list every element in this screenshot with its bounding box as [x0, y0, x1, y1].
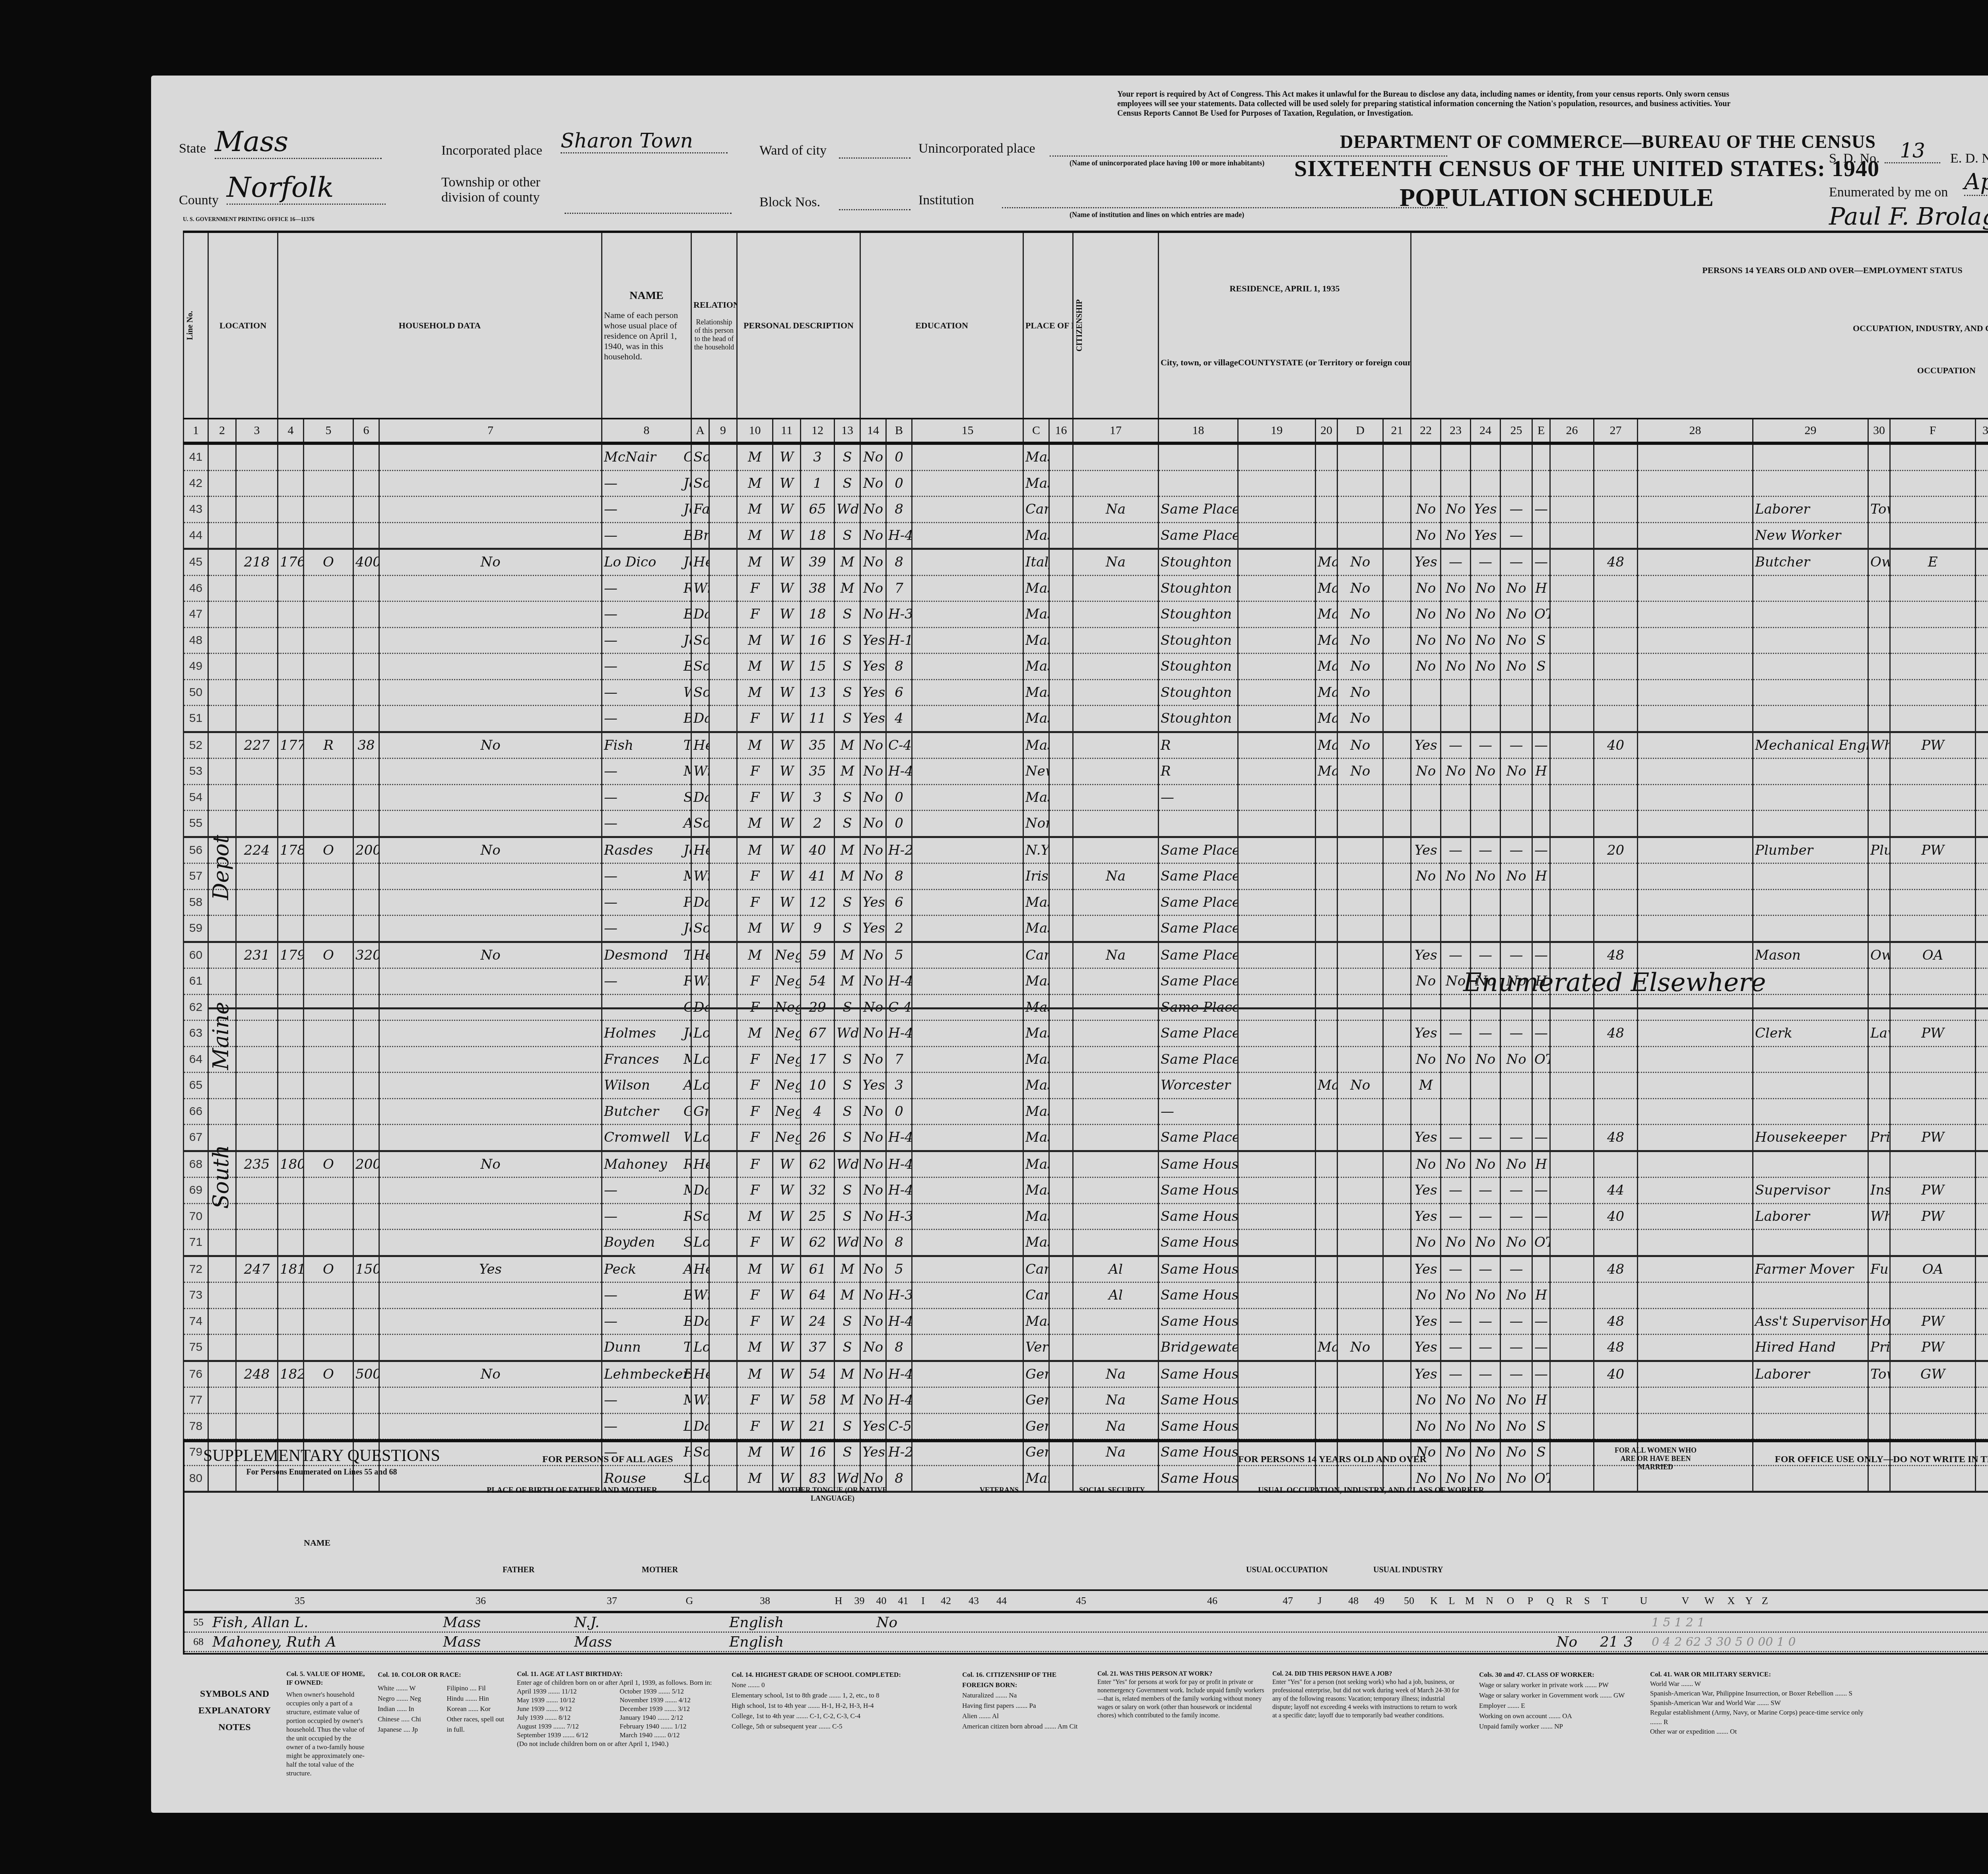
cell-hh[interactable] [278, 1073, 304, 1099]
cell-house[interactable]: 248 [236, 1361, 278, 1387]
cell-birthplace[interactable]: New Jersey [1023, 759, 1049, 785]
cell-activity[interactable]: — [1532, 497, 1550, 523]
cell-res-farm[interactable] [1338, 443, 1383, 470]
cell-occupation[interactable] [1753, 654, 1868, 680]
cell-industry[interactable] [1868, 654, 1890, 680]
cell-unemp[interactable] [1638, 732, 1753, 759]
cell-school[interactable]: No [860, 1178, 886, 1204]
cell-race[interactable]: W [773, 627, 801, 654]
cell-house[interactable] [236, 575, 278, 601]
cell-res-farm[interactable] [1338, 1256, 1383, 1282]
cell-grade[interactable]: H-4 [886, 1125, 912, 1151]
cell-school[interactable]: No [860, 1335, 886, 1361]
cell-res-city[interactable] [1159, 811, 1238, 837]
cell-value[interactable] [353, 889, 379, 916]
cell-res-farm[interactable]: No [1338, 1335, 1383, 1361]
cell-hh[interactable] [278, 1098, 304, 1125]
cell-value[interactable]: 2000 [353, 1151, 379, 1178]
cell-street[interactable] [208, 575, 236, 601]
cell-unemp[interactable] [1638, 679, 1753, 706]
cell-birthplace[interactable]: Mass [1023, 654, 1049, 680]
cell-job[interactable] [1501, 706, 1532, 732]
cell-res-county[interactable] [1238, 654, 1316, 680]
cell-occupation[interactable]: Laborer [1753, 1361, 1868, 1387]
cell-industry[interactable] [1868, 889, 1890, 916]
cell-occupation[interactable]: Laborer [1753, 1203, 1868, 1230]
cell-occupation[interactable]: Plumber [1753, 837, 1868, 863]
cell-res-city[interactable]: Same Place [1159, 916, 1238, 942]
cell-farm[interactable] [379, 759, 602, 785]
cell-at-work[interactable]: Yes [1411, 549, 1441, 576]
cell-res-county[interactable] [1238, 1203, 1316, 1230]
cell-industry[interactable]: Wholesale Roofing Eqp [1868, 732, 1890, 759]
cell-seeking[interactable] [1471, 706, 1501, 732]
cell-name[interactable]: DunnTimothy J [602, 1335, 691, 1361]
cell-birthplace[interactable]: Mass [1023, 627, 1049, 654]
cell-res-city[interactable]: Stoughton [1159, 627, 1238, 654]
cell-res-farm[interactable] [1338, 994, 1383, 1020]
cell-job[interactable]: — [1501, 522, 1532, 549]
cell-unemp[interactable] [1638, 994, 1753, 1020]
cell-activity[interactable] [1532, 1098, 1550, 1125]
cell-hh[interactable] [278, 470, 304, 497]
cell-industry[interactable] [1868, 1073, 1890, 1099]
cell-class[interactable] [1890, 811, 1976, 837]
cell-res-county[interactable] [1238, 1178, 1316, 1204]
cell-activity[interactable] [1532, 1073, 1550, 1099]
cell-unemp[interactable] [1638, 1335, 1753, 1361]
cell-hh[interactable] [278, 863, 304, 890]
cell-res-city[interactable]: Same Place [1159, 889, 1238, 916]
cell-res-city[interactable]: — [1159, 784, 1238, 811]
cell-farm[interactable] [379, 627, 602, 654]
cell-school[interactable]: No [860, 968, 886, 995]
cell-hours[interactable]: 44 [1594, 1178, 1638, 1204]
cell-birthplace[interactable]: Mass [1023, 1178, 1049, 1204]
cell-birthplace[interactable]: Mass [1023, 968, 1049, 995]
cell-class[interactable] [1890, 1046, 1976, 1073]
cell-race[interactable]: W [773, 601, 801, 628]
cell-seeking[interactable]: No [1471, 1151, 1501, 1178]
cell-job[interactable]: — [1501, 942, 1532, 968]
cell-name[interactable]: —Robert H [602, 1203, 691, 1230]
cell-farm[interactable] [379, 1098, 602, 1125]
cell-farm[interactable] [379, 889, 602, 916]
cell-sex[interactable]: M [737, 1020, 773, 1047]
cell-sex[interactable]: F [737, 889, 773, 916]
cell-seeking[interactable]: No [1471, 601, 1501, 628]
cell-value[interactable] [353, 1073, 379, 1099]
cell-birthplace[interactable]: Germany [1023, 1413, 1049, 1439]
cell-own[interactable] [304, 889, 353, 916]
cell-hours[interactable] [1594, 443, 1638, 470]
cell-school[interactable]: No [860, 470, 886, 497]
cell-unemp[interactable] [1638, 916, 1753, 942]
cell-farm[interactable] [379, 1178, 602, 1204]
cell-relation[interactable]: Son [691, 916, 709, 942]
cell-at-work[interactable]: Yes [1411, 1203, 1441, 1230]
cell-relation[interactable]: Head [691, 1151, 709, 1178]
cell-emerg[interactable]: No [1441, 1046, 1471, 1073]
cell-relation[interactable]: Daughter [691, 889, 709, 916]
cell-res-state[interactable] [1316, 1203, 1338, 1230]
supp-cell-name[interactable]: Mahoney, Ruth A [212, 1634, 443, 1650]
cell-farm[interactable] [379, 1282, 602, 1309]
cell-age[interactable]: 18 [801, 601, 835, 628]
cell-house[interactable] [236, 968, 278, 995]
cell-job[interactable]: — [1501, 1335, 1532, 1361]
cell-industry[interactable]: Own Retail business [1868, 549, 1890, 576]
cell-at-work[interactable]: No [1411, 1151, 1441, 1178]
cell-res-farm[interactable] [1338, 1413, 1383, 1439]
cell-own[interactable] [304, 1178, 353, 1204]
cell-hh[interactable] [278, 497, 304, 523]
cell-house[interactable] [236, 1046, 278, 1073]
cell-birthplace[interactable]: Mass [1023, 443, 1049, 470]
cell-res-state[interactable] [1316, 1125, 1338, 1151]
cell-house[interactable] [236, 916, 278, 942]
cell-farm[interactable] [379, 863, 602, 890]
cell-res-state[interactable] [1316, 497, 1338, 523]
cell-name[interactable]: —Elaine S [602, 601, 691, 628]
cell-age[interactable]: 25 [801, 1203, 835, 1230]
cell-relation[interactable]: Wife [691, 575, 709, 601]
cell-emerg[interactable]: — [1441, 1203, 1471, 1230]
cell-res-county[interactable] [1238, 1125, 1316, 1151]
cell-at-work[interactable] [1411, 994, 1441, 1020]
cell-age[interactable]: 4 [801, 1098, 835, 1125]
cell-class[interactable] [1890, 916, 1976, 942]
cell-hh[interactable] [278, 443, 304, 470]
cell-res-state[interactable] [1316, 837, 1338, 863]
cell-school[interactable]: No [860, 1046, 886, 1073]
cell-res-state[interactable] [1316, 1282, 1338, 1309]
cell-farm[interactable] [379, 1020, 602, 1047]
cell-seeking[interactable] [1471, 1098, 1501, 1125]
cell-relation[interactable]: Son [691, 627, 709, 654]
cell-res-city[interactable]: Same House [1159, 1256, 1238, 1282]
cell-name[interactable]: ButcherGrace W [602, 1098, 691, 1125]
cell-res-city[interactable]: Same House [1159, 1282, 1238, 1309]
enumerated-date[interactable]: April 22 [1964, 169, 1988, 196]
cell-industry[interactable] [1868, 706, 1890, 732]
cell-grade[interactable]: C-4 [886, 994, 912, 1020]
cell-school[interactable]: No [860, 942, 886, 968]
cell-unemp[interactable] [1638, 837, 1753, 863]
cell-own[interactable] [304, 1308, 353, 1335]
cell-farm[interactable] [379, 811, 602, 837]
cell-unemp[interactable] [1638, 1230, 1753, 1256]
cell-occupation[interactable]: Butcher [1753, 549, 1868, 576]
cell-class[interactable] [1890, 863, 1976, 890]
cell-relation[interactable]: Father [691, 497, 709, 523]
cell-birthplace[interactable]: Canada-English [1023, 497, 1049, 523]
cell-emerg[interactable] [1441, 784, 1471, 811]
cell-value[interactable] [353, 1335, 379, 1361]
cell-race[interactable]: W [773, 1203, 801, 1230]
cell-industry[interactable] [1868, 443, 1890, 470]
cell-seeking[interactable]: — [1471, 1020, 1501, 1047]
cell-marital[interactable]: Wd [835, 1230, 860, 1256]
cell-res-farm[interactable] [1338, 1387, 1383, 1414]
cell-res-state[interactable]: Mass [1316, 627, 1338, 654]
cell-street[interactable] [208, 497, 236, 523]
cell-house[interactable] [236, 994, 278, 1020]
cell-birthplace[interactable]: Canada-English [1023, 942, 1049, 968]
cell-hh[interactable] [278, 522, 304, 549]
cell-sex[interactable]: M [737, 837, 773, 863]
cell-house[interactable] [236, 1073, 278, 1099]
cell-race[interactable]: Neg [773, 1046, 801, 1073]
cell-race[interactable]: W [773, 1413, 801, 1439]
cell-relation[interactable]: Daughter [691, 1178, 709, 1204]
cell-street[interactable] [208, 1413, 236, 1439]
cell-relation[interactable]: Wife [691, 759, 709, 785]
cell-name[interactable]: HolmesJoseph G. [602, 1020, 691, 1047]
cell-relation[interactable]: Wife [691, 863, 709, 890]
cell-industry[interactable] [1868, 994, 1890, 1020]
cell-cit[interactable] [1073, 1073, 1159, 1099]
cell-value[interactable] [353, 1413, 379, 1439]
cell-sex[interactable]: F [737, 1151, 773, 1178]
cell-job[interactable]: No [1501, 1387, 1532, 1414]
cell-res-farm[interactable]: No [1338, 601, 1383, 628]
cell-industry[interactable] [1868, 1387, 1890, 1414]
cell-age[interactable]: 35 [801, 759, 835, 785]
cell-occupation[interactable] [1753, 784, 1868, 811]
cell-value[interactable] [353, 994, 379, 1020]
cell-emerg[interactable]: — [1441, 1256, 1471, 1282]
cell-age[interactable]: 15 [801, 654, 835, 680]
cell-hh[interactable] [278, 1230, 304, 1256]
cell-res-state[interactable] [1316, 889, 1338, 916]
cell-hh[interactable]: 181 [278, 1256, 304, 1282]
cell-hours[interactable] [1594, 863, 1638, 890]
cell-res-county[interactable] [1238, 916, 1316, 942]
cell-value[interactable]: 2000 [353, 837, 379, 863]
cell-birthplace[interactable]: Mass [1023, 1020, 1049, 1047]
cell-class[interactable]: PW [1890, 1178, 1976, 1204]
cell-relation[interactable]: Son [691, 470, 709, 497]
cell-unemp[interactable] [1638, 1361, 1753, 1387]
cell-cit[interactable] [1073, 522, 1159, 549]
cell-marital[interactable]: S [835, 601, 860, 628]
cell-cit[interactable] [1073, 1098, 1159, 1125]
cell-at-work[interactable]: No [1411, 968, 1441, 995]
cell-own[interactable] [304, 1203, 353, 1230]
cell-value[interactable] [353, 1387, 379, 1414]
cell-birthplace[interactable]: Mass [1023, 916, 1049, 942]
cell-marital[interactable]: S [835, 443, 860, 470]
cell-hh[interactable]: 176 [278, 549, 304, 576]
cell-at-work[interactable]: No [1411, 1230, 1441, 1256]
cell-school[interactable]: No [860, 732, 886, 759]
cell-farm[interactable] [379, 1413, 602, 1439]
cell-hours[interactable] [1594, 679, 1638, 706]
cell-house[interactable] [236, 679, 278, 706]
cell-marital[interactable]: S [835, 654, 860, 680]
cell-res-farm[interactable]: No [1338, 549, 1383, 576]
cell-unemp[interactable] [1638, 706, 1753, 732]
cell-emerg[interactable]: — [1441, 1308, 1471, 1335]
cell-sex[interactable]: M [737, 1203, 773, 1230]
cell-relation[interactable]: Son [691, 811, 709, 837]
cell-res-city[interactable]: Same House [1159, 1413, 1238, 1439]
cell-hours[interactable]: 48 [1594, 942, 1638, 968]
cell-res-state[interactable] [1316, 1098, 1338, 1125]
cell-sex[interactable]: F [737, 1125, 773, 1151]
cell-res-county[interactable] [1238, 522, 1316, 549]
cell-res-city[interactable]: Same Place [1159, 994, 1238, 1020]
cell-value[interactable] [353, 601, 379, 628]
cell-school[interactable]: No [860, 1361, 886, 1387]
cell-sex[interactable]: F [737, 706, 773, 732]
cell-emerg[interactable] [1441, 889, 1471, 916]
cell-res-city[interactable]: R [1159, 732, 1238, 759]
ward-field[interactable] [839, 143, 911, 159]
cell-emerg[interactable] [1441, 443, 1471, 470]
cell-grade[interactable]: H-3 [886, 601, 912, 628]
cell-relation[interactable]: Lodger [691, 1046, 709, 1073]
cell-cit[interactable]: Al [1073, 1282, 1159, 1309]
cell-race[interactable]: W [773, 706, 801, 732]
cell-name[interactable]: CromwellWinifred V. [602, 1125, 691, 1151]
cell-farm[interactable] [379, 654, 602, 680]
cell-cit[interactable] [1073, 1230, 1159, 1256]
cell-age[interactable]: 32 [801, 1178, 835, 1204]
cell-own[interactable] [304, 654, 353, 680]
cell-grade[interactable]: 0 [886, 1098, 912, 1125]
cell-house[interactable] [236, 1178, 278, 1204]
cell-race[interactable]: W [773, 784, 801, 811]
cell-industry[interactable]: Town [1868, 1361, 1890, 1387]
supp-cell-mother[interactable]: Mass [574, 1634, 705, 1650]
cell-at-work[interactable]: No [1411, 601, 1441, 628]
cell-name[interactable]: —Barbara [602, 706, 691, 732]
cell-own[interactable] [304, 1020, 353, 1047]
cell-occupation[interactable] [1753, 863, 1868, 890]
cell-relation[interactable]: Daughter [691, 1308, 709, 1335]
cell-age[interactable]: 21 [801, 1413, 835, 1439]
cell-occupation[interactable] [1753, 1387, 1868, 1414]
cell-cit[interactable] [1073, 575, 1159, 601]
cell-unemp[interactable] [1638, 470, 1753, 497]
cell-cit[interactable] [1073, 1178, 1159, 1204]
cell-age[interactable]: 12 [801, 889, 835, 916]
cell-occupation[interactable] [1753, 994, 1868, 1020]
cell-industry[interactable] [1868, 1282, 1890, 1309]
cell-street[interactable] [208, 706, 236, 732]
cell-age[interactable]: 67 [801, 1020, 835, 1047]
cell-grade[interactable]: 5 [886, 942, 912, 968]
cell-activity[interactable]: — [1532, 1203, 1550, 1230]
cell-activity[interactable] [1532, 784, 1550, 811]
cell-school[interactable]: No [860, 1256, 886, 1282]
cell-sex[interactable]: F [737, 994, 773, 1020]
cell-sex[interactable]: F [737, 968, 773, 995]
cell-unemp[interactable] [1638, 942, 1753, 968]
cell-school[interactable]: No [860, 863, 886, 890]
cell-cit[interactable] [1073, 470, 1159, 497]
cell-own[interactable] [304, 470, 353, 497]
cell-marital[interactable]: S [835, 889, 860, 916]
cell-seeking[interactable]: No [1471, 627, 1501, 654]
cell-unemp[interactable] [1638, 443, 1753, 470]
cell-marital[interactable]: S [835, 1098, 860, 1125]
cell-name[interactable]: —Priscilla G. [602, 889, 691, 916]
cell-birthplace[interactable]: Mass [1023, 784, 1049, 811]
cell-name[interactable]: FrancesMargaret [602, 1046, 691, 1073]
cell-res-city[interactable]: Stoughton [1159, 549, 1238, 576]
cell-emerg[interactable] [1441, 1073, 1471, 1099]
cell-class[interactable] [1890, 443, 1976, 470]
cell-res-county[interactable] [1238, 1151, 1316, 1178]
cell-class[interactable] [1890, 575, 1976, 601]
cell-own[interactable]: O [304, 1151, 353, 1178]
cell-grade[interactable]: 4 [886, 706, 912, 732]
cell-hours[interactable]: 48 [1594, 1020, 1638, 1047]
cell-res-state[interactable] [1316, 942, 1338, 968]
cell-industry[interactable]: Private Farm [1868, 1335, 1890, 1361]
cell-activity[interactable] [1532, 811, 1550, 837]
cell-name[interactable]: —Grace M [602, 994, 691, 1020]
cell-house[interactable] [236, 1203, 278, 1230]
cell-school[interactable]: No [860, 575, 886, 601]
cell-cit[interactable]: Na [1073, 497, 1159, 523]
cell-house[interactable] [236, 706, 278, 732]
cell-res-state[interactable] [1316, 1046, 1338, 1073]
cell-age[interactable]: 35 [801, 732, 835, 759]
cell-own[interactable] [304, 443, 353, 470]
cell-name[interactable]: —Edna C [602, 1308, 691, 1335]
cell-job[interactable] [1501, 470, 1532, 497]
cell-industry[interactable] [1868, 1151, 1890, 1178]
cell-activity[interactable] [1532, 470, 1550, 497]
cell-marital[interactable]: M [835, 1256, 860, 1282]
cell-race[interactable]: W [773, 863, 801, 890]
cell-class[interactable]: OA [1890, 1256, 1976, 1282]
cell-class[interactable] [1890, 706, 1976, 732]
cell-seeking[interactable]: No [1471, 1230, 1501, 1256]
cell-res-city[interactable]: Same Place [1159, 497, 1238, 523]
cell-hh[interactable] [278, 654, 304, 680]
cell-age[interactable]: 65 [801, 497, 835, 523]
cell-res-state[interactable] [1316, 1361, 1338, 1387]
cell-activity[interactable]: S [1532, 627, 1550, 654]
cell-relation[interactable]: Daughter [691, 994, 709, 1020]
cell-school[interactable]: No [860, 1203, 886, 1230]
cell-street[interactable] [208, 1098, 236, 1125]
cell-occupation[interactable] [1753, 1230, 1868, 1256]
cell-street[interactable] [208, 601, 236, 628]
cell-activity[interactable]: OT [1532, 601, 1550, 628]
cell-res-state[interactable] [1316, 1308, 1338, 1335]
cell-sex[interactable]: M [737, 679, 773, 706]
cell-cit[interactable]: Na [1073, 1361, 1159, 1387]
cell-res-state[interactable]: Mass [1316, 549, 1338, 576]
cell-occupation[interactable] [1753, 759, 1868, 785]
cell-seeking[interactable]: No [1471, 1387, 1501, 1414]
cell-hh[interactable] [278, 575, 304, 601]
cell-hours[interactable]: 40 [1594, 1361, 1638, 1387]
cell-marital[interactable]: S [835, 1335, 860, 1361]
cell-res-farm[interactable] [1338, 1151, 1383, 1178]
cell-school[interactable]: No [860, 497, 886, 523]
cell-industry[interactable]: Furniture [1868, 1256, 1890, 1282]
cell-sex[interactable]: M [737, 916, 773, 942]
cell-activity[interactable] [1532, 679, 1550, 706]
cell-cit[interactable] [1073, 1125, 1159, 1151]
